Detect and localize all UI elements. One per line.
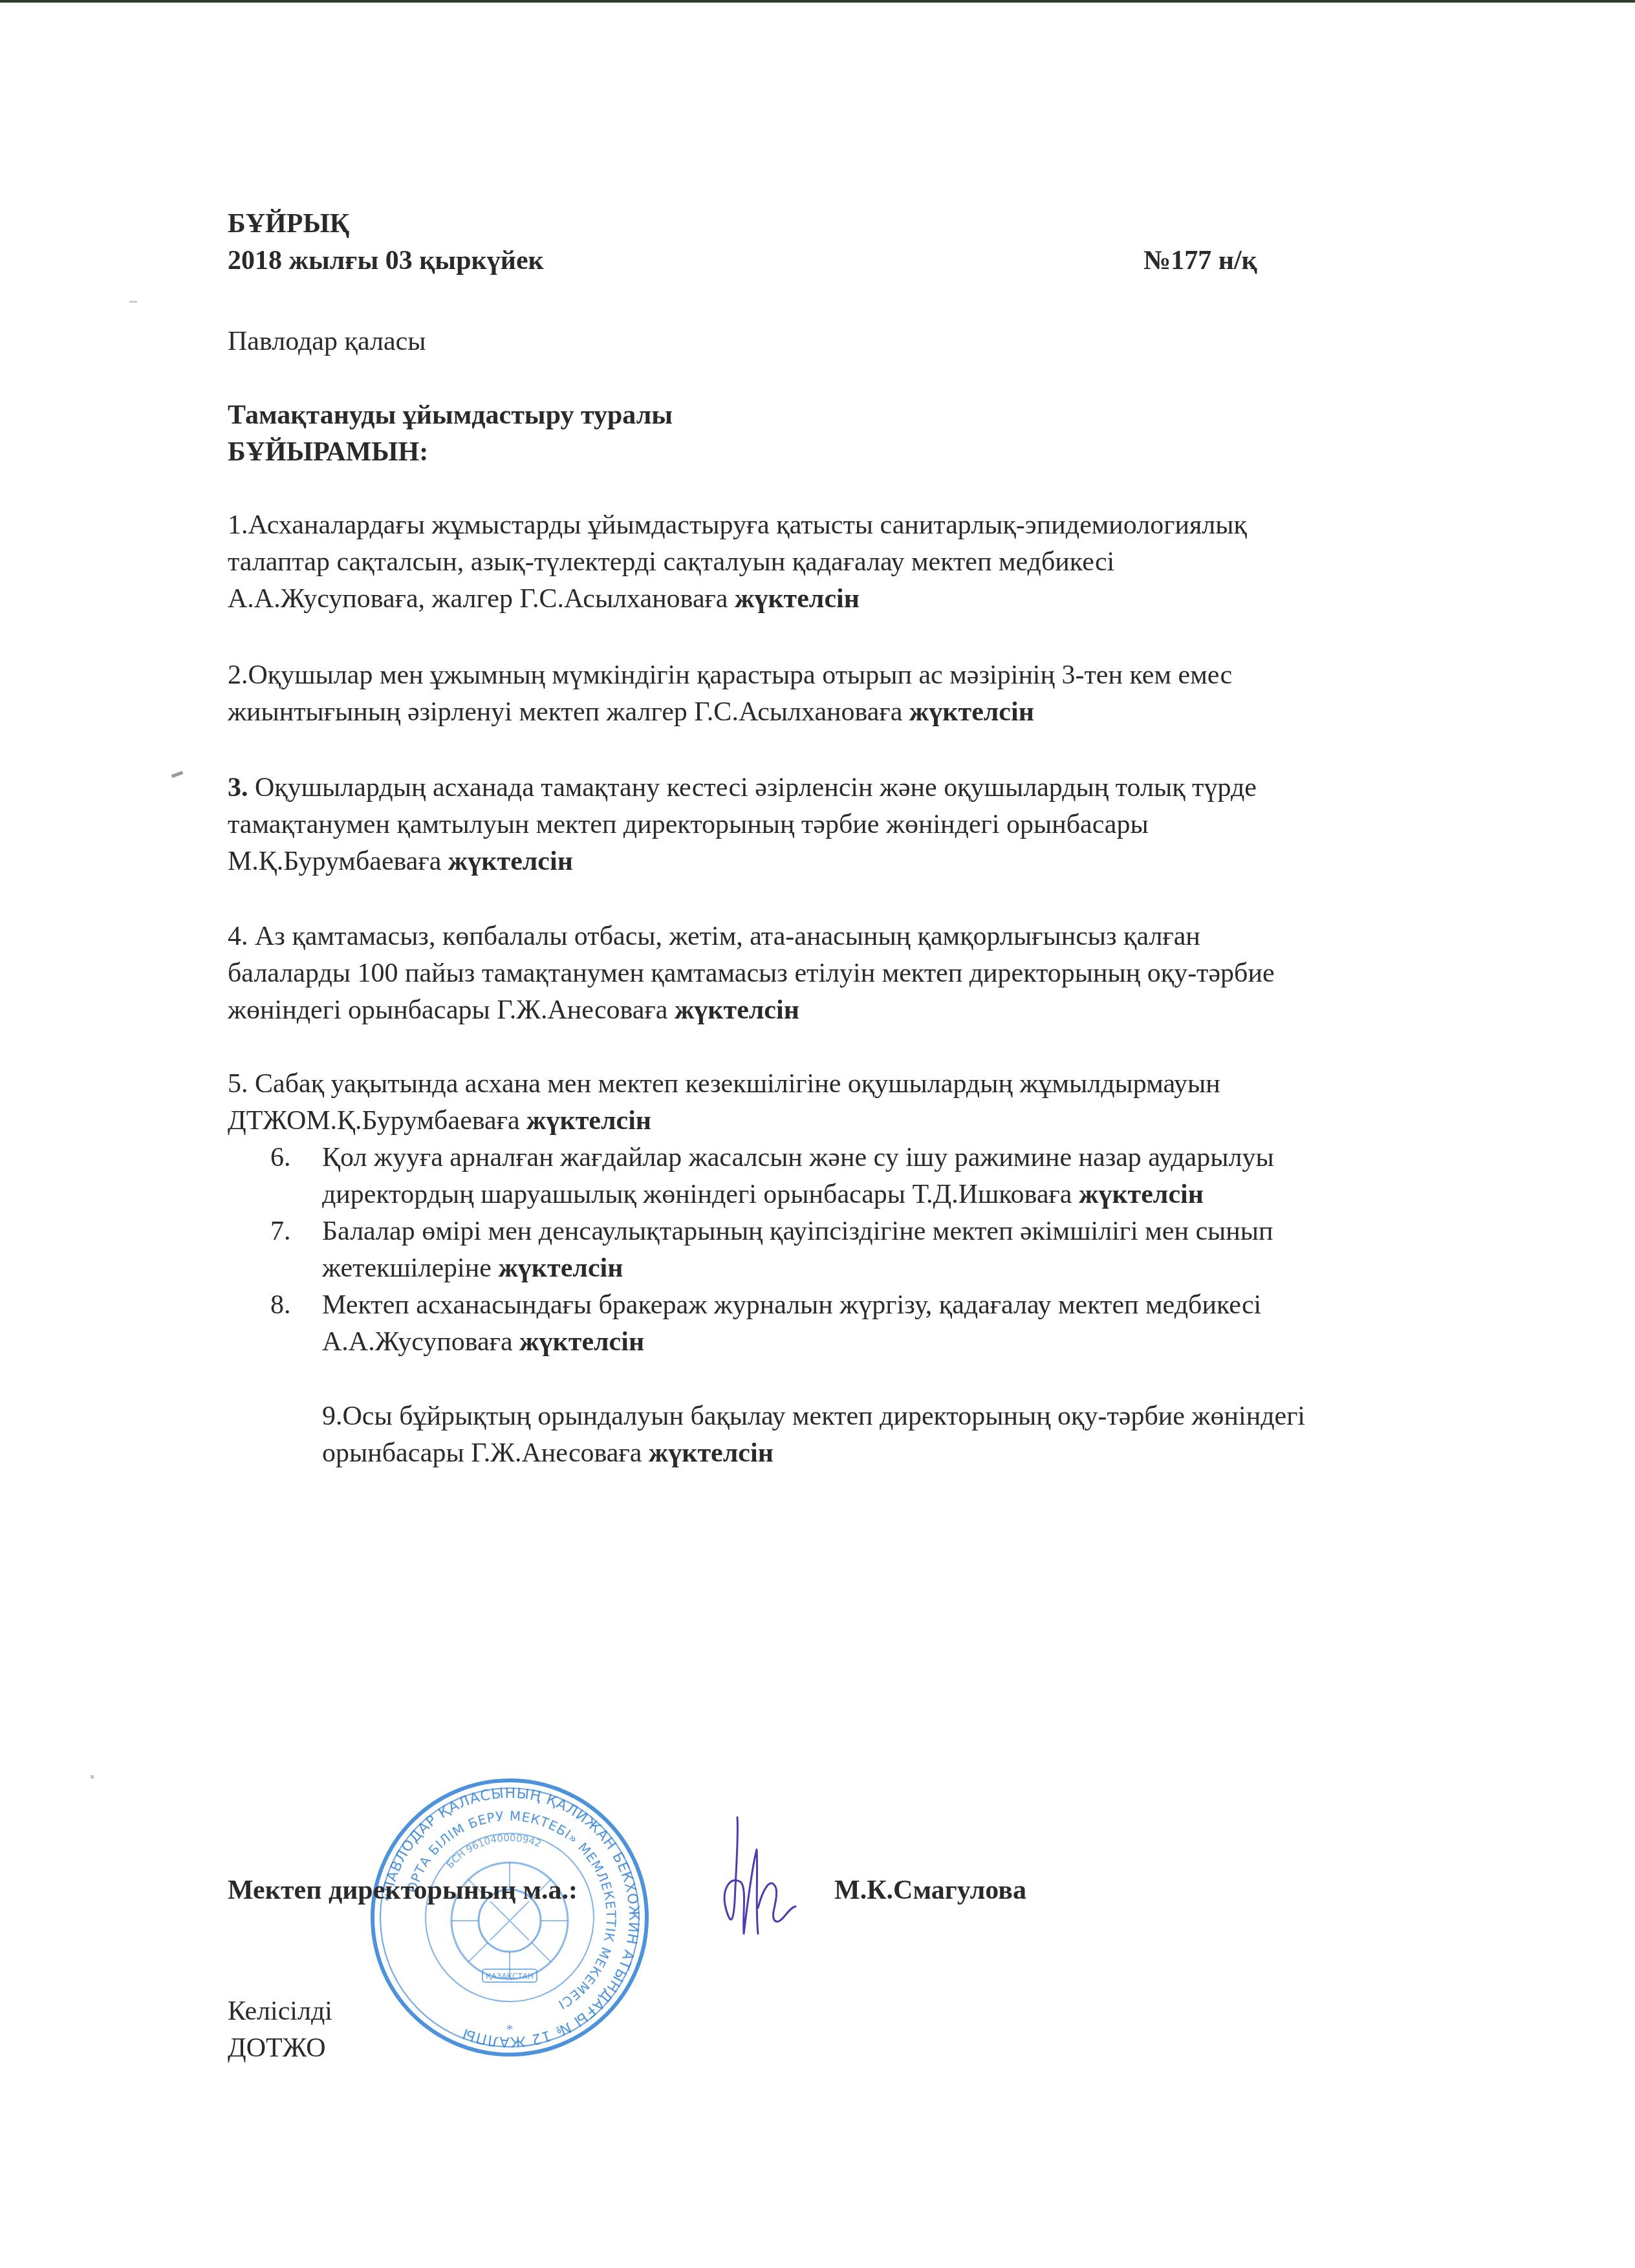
- item-line: директордың шаруашылық жөніндегі орынбас…: [322, 1180, 1079, 1209]
- agreed-by: ДОТЖО: [228, 2030, 326, 2067]
- signer-name: М.К.Смагулова: [834, 1872, 1026, 1909]
- order-item-5: 5. Сабақ уақытында асхана мен мектеп кез…: [228, 1066, 1508, 1139]
- scan-artifact: [91, 1775, 94, 1778]
- document-number: №177 н/қ: [1143, 243, 1257, 279]
- item-line: жиынтығының әзірленуі мектеп жалгер Г.С.…: [228, 697, 909, 727]
- document-city: Павлодар қаласы: [228, 323, 426, 360]
- agreed-label: Келісілді: [228, 1993, 332, 2030]
- item-number: 8.: [270, 1287, 322, 1324]
- order-item-4: 4. Аз қамтамасыз, көпбалалы отбасы, жеті…: [228, 918, 1508, 1029]
- order-item-3: 3. Оқушылардың асханада тамақтану кестес…: [228, 770, 1508, 880]
- item-number: 7.: [270, 1213, 322, 1250]
- scan-artifact: [171, 771, 184, 778]
- svg-text:«ПАВЛОДАР ҚАЛАСЫНЫҢ ҚАЛИЖАН БЕ: «ПАВЛОДАР ҚАЛАСЫНЫҢ ҚАЛИЖАН БЕКХОЖИН АТЫ…: [379, 1786, 642, 2049]
- item-line: 4. Аз қамтамасыз, көпбалалы отбасы, жеті…: [228, 918, 1508, 955]
- handwritten-signature-icon: [711, 1811, 808, 1940]
- item-number: 3.: [228, 773, 248, 803]
- assign-word: жүктелсін: [526, 1106, 651, 1136]
- item-line: 1.Асханалардағы жұмыстарды ұйымдастыруға…: [228, 507, 1508, 544]
- item-line: Мектеп асханасындағы бракераж журналын ж…: [322, 1287, 1261, 1324]
- item-line: 9.Осы бұйрықтың орындалуын бақылау мекте…: [322, 1398, 1603, 1435]
- scan-artifact: [129, 301, 137, 303]
- item-line: балаларды 100 пайыз тамақтанумен қамтама…: [228, 955, 1508, 992]
- svg-text:*: *: [506, 2021, 514, 2037]
- item-line: Оқушылардың асханада тамақтану кестесі ә…: [248, 773, 1257, 803]
- document-type-heading: БҰЙРЫҚ: [228, 206, 349, 243]
- item-line: тамақтанумен қамтылуын мектеп директорын…: [228, 806, 1508, 843]
- item-line: ДТЖОМ.Қ.Бурумбаеваға: [228, 1106, 526, 1136]
- item-line: А.А.Жусуповаға, жалгер Г.С.Асылхановаға: [228, 584, 735, 614]
- item-line: талаптар сақталсын, азық-түлектерді сақт…: [228, 544, 1508, 581]
- assign-word: жүктелсін: [909, 697, 1034, 727]
- item-line: Қол жууға арналған жағдайлар жасалсын жә…: [322, 1139, 1274, 1176]
- document-date: 2018 жылғы 03 қыркүйек: [228, 243, 544, 279]
- assign-word: жүктелсін: [498, 1253, 623, 1283]
- item-line: жөніндегі орынбасары Г.Ж.Анесоваға: [228, 995, 675, 1025]
- item-line: Балалар өмірі мен денсаулықтарының қауіп…: [322, 1213, 1273, 1250]
- signatory-position: Мектеп директорының м.а.:: [228, 1872, 578, 1909]
- order-item-9: 9.Осы бұйрықтың орындалуын бақылау мекте…: [322, 1398, 1603, 1472]
- assign-word: жүктелсін: [448, 847, 573, 876]
- item-line: 2.Оқушылар мен ұжымның мүмкіндігін қарас…: [228, 657, 1508, 694]
- scan-top-edge: [0, 0, 1635, 3]
- document-title: Тамақтануды ұйымдастыру туралы: [228, 397, 673, 434]
- official-stamp-icon: «ПАВЛОДАР ҚАЛАСЫНЫҢ ҚАЛИЖАН БЕКХОЖИН АТЫ…: [367, 1775, 652, 2060]
- item-number: 6.: [270, 1139, 322, 1176]
- item-line: 5. Сабақ уақытында асхана мен мектеп кез…: [228, 1066, 1508, 1103]
- item-line: М.Қ.Бурумбаеваға: [228, 847, 448, 876]
- assign-word: жүктелсін: [649, 1438, 774, 1468]
- item-line: орынбасары Г.Ж.Анесоваға: [322, 1438, 649, 1468]
- order-item-2: 2.Оқушылар мен ұжымның мүмкіндігін қарас…: [228, 657, 1508, 731]
- assign-word: жүктелсін: [675, 995, 799, 1025]
- assign-word: жүктелсін: [735, 584, 860, 614]
- assign-word: жүктелсін: [519, 1327, 644, 1357]
- order-heading: БҰЙЫРАМЫН:: [228, 434, 428, 471]
- assign-word: жүктелсін: [1079, 1180, 1204, 1209]
- order-item-1: 1.Асханалардағы жұмыстарды ұйымдастыруға…: [228, 507, 1508, 618]
- item-line: жетекшілеріне: [322, 1253, 498, 1283]
- item-line: А.А.Жусуповаға: [322, 1327, 519, 1357]
- svg-text:ҚАЗАҚСТАН: ҚАЗАҚСТАН: [486, 1972, 534, 1981]
